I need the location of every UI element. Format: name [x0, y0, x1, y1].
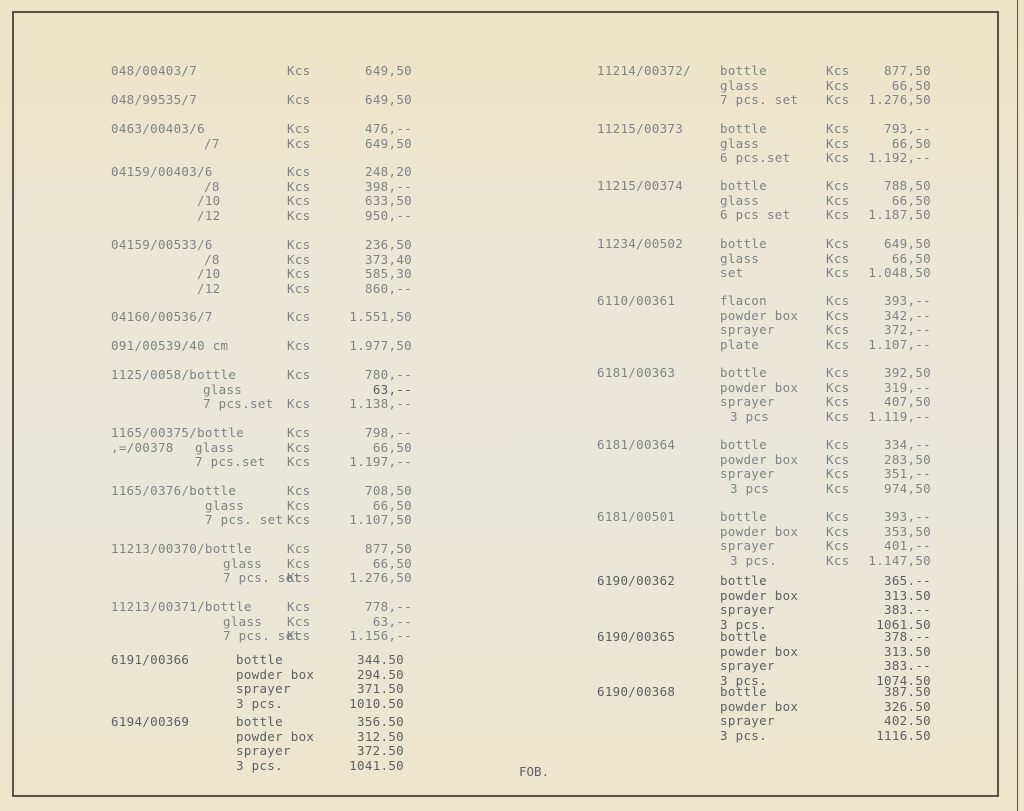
currency-label: Kcs: [826, 438, 849, 453]
item-label: flacon: [720, 294, 767, 309]
price-value: 1.147,50: [868, 554, 931, 569]
price-row: 3 pcs.1116.50: [0, 729, 1024, 744]
price-value: 1.048,50: [868, 266, 931, 281]
item-label: glass: [720, 194, 759, 209]
currency-label: Kcs: [826, 554, 849, 569]
currency-label: Kcs: [826, 539, 849, 554]
price-value: 365.--: [884, 574, 931, 589]
article-code: 6190/00362: [597, 574, 675, 589]
item-label: sprayer: [720, 323, 775, 338]
article-code: 6190/00365: [597, 630, 675, 645]
currency-label: Kcs: [826, 338, 849, 353]
price-row: sprayerKcs407,50: [0, 395, 1024, 410]
right-entry: 11215/00373bottleKcs793,--glassKcs66,506…: [0, 122, 1024, 166]
price-value: 1.107,--: [868, 338, 931, 353]
currency-label: Kcs: [287, 165, 310, 180]
price-row: powder boxKcs342,--: [0, 309, 1024, 324]
item-label: bottle: [720, 179, 767, 194]
price-row: 6181/00363bottleKcs392,50: [0, 366, 1024, 381]
right-entry: 6181/00364bottleKcs334,--powder boxKcs28…: [0, 438, 1024, 496]
price-row: glassKcs66,50: [0, 79, 1024, 94]
item-label: powder box: [720, 453, 798, 468]
article-code: 6110/00361: [597, 294, 675, 309]
price-row: sprayerKcs351,--: [0, 467, 1024, 482]
currency-label: Kcs: [826, 482, 849, 497]
price-row: sprayerKcs372,--: [0, 323, 1024, 338]
price-value: 342,--: [884, 309, 931, 324]
currency-label: Kcs: [826, 410, 849, 425]
price-value: 1.276,50: [868, 93, 931, 108]
price-value: 402.50: [884, 714, 931, 729]
article-code: 6181/00501: [597, 510, 675, 525]
currency-label: Kcs: [826, 179, 849, 194]
right-entry: 6181/00363bottleKcs392,50powder boxKcs31…: [0, 366, 1024, 424]
article-code: 11215/00374: [597, 179, 683, 194]
price-value: 1.119,--: [868, 410, 931, 425]
price-value: 248,20: [365, 165, 412, 180]
currency-label: Kcs: [826, 381, 849, 396]
item-label: 3 pcs.: [720, 729, 767, 744]
currency-label: Kcs: [826, 395, 849, 410]
item-label: glass: [720, 252, 759, 267]
price-row: 6190/00362bottle365.--: [0, 574, 1024, 589]
price-row: 6 pcs setKcs1.187,50: [0, 208, 1024, 223]
article-code: 6181/00363: [597, 366, 675, 381]
price-row: 6181/00501bottleKcs393,--: [0, 510, 1024, 525]
currency-label: Kcs: [826, 64, 849, 79]
item-label: sprayer: [720, 714, 775, 729]
currency-label: Kcs: [826, 453, 849, 468]
price-row: 6190/00368bottle387.50: [0, 685, 1024, 700]
item-label: 3 pcs: [730, 482, 769, 497]
item-label: bottle: [720, 122, 767, 137]
price-value: 1041.50: [349, 759, 404, 774]
price-value: 353,50: [884, 525, 931, 540]
price-row: glassKcs66,50: [0, 137, 1024, 152]
currency-label: Kcs: [826, 309, 849, 324]
item-label: sprayer: [720, 659, 775, 674]
item-label: powder box: [720, 525, 798, 540]
price-row: powder box326.50: [0, 700, 1024, 715]
price-value: 326.50: [884, 700, 931, 715]
item-label: sprayer: [720, 467, 775, 482]
item-label: sprayer: [236, 744, 291, 759]
price-value: 66,50: [892, 137, 931, 152]
price-value: 383.--: [884, 659, 931, 674]
item-label: sprayer: [720, 539, 775, 554]
price-value: 378.--: [884, 630, 931, 645]
price-value: 387.50: [884, 685, 931, 700]
price-value: 313.50: [884, 645, 931, 660]
item-label: set: [720, 266, 743, 281]
right-entry: 6181/00501bottleKcs393,--powder boxKcs35…: [0, 510, 1024, 568]
currency-label: Kcs: [826, 137, 849, 152]
item-label: powder box: [720, 309, 798, 324]
item-label: 6 pcs set: [720, 208, 790, 223]
footer-note-fob: FOB.: [519, 764, 549, 779]
price-row: powder box313.50: [0, 645, 1024, 660]
price-value: 372,--: [884, 323, 931, 338]
item-label: glass: [720, 137, 759, 152]
price-value: 372.50: [357, 744, 404, 759]
currency-label: Kcs: [826, 366, 849, 381]
currency-label: Kcs: [826, 208, 849, 223]
price-row: sprayer372.50: [0, 744, 1024, 759]
price-row: powder box313.50: [0, 589, 1024, 604]
price-row: 3 pcs.Kcs1.147,50: [0, 554, 1024, 569]
price-row: 6181/00364bottleKcs334,--: [0, 438, 1024, 453]
price-row: powder boxKcs283,50: [0, 453, 1024, 468]
item-label: 3 pcs: [730, 410, 769, 425]
price-row: sprayerKcs401,--: [0, 539, 1024, 554]
currency-label: Kcs: [826, 79, 849, 94]
price-row: 7 pcs. setKcs1.276,50: [0, 93, 1024, 108]
currency-label: Kcs: [826, 294, 849, 309]
price-value: 974,50: [884, 482, 931, 497]
price-value: 66,50: [892, 194, 931, 209]
price-row: 11214/00372/bottleKcs877,50: [0, 64, 1024, 79]
item-label: bottle: [720, 438, 767, 453]
item-label: sprayer: [720, 603, 775, 618]
item-label: bottle: [720, 366, 767, 381]
right-entry: 6190/00365bottle378.--powder box313.50sp…: [0, 630, 1024, 688]
price-row: 04159/00403/6Kcs248,20: [0, 165, 1024, 180]
article-code: 6190/00368: [597, 685, 675, 700]
currency-label: Kcs: [826, 237, 849, 252]
item-label: bottle: [720, 685, 767, 700]
right-entry: 6190/00368bottle387.50powder box326.50sp…: [0, 685, 1024, 743]
price-value: 401,--: [884, 539, 931, 554]
price-value: 793,--: [884, 122, 931, 137]
price-value: 392,50: [884, 366, 931, 381]
article-code: 04159/00403/6: [111, 165, 213, 180]
right-entry: 6190/00362bottle365.--powder box313.50sp…: [0, 574, 1024, 632]
currency-label: Kcs: [826, 151, 849, 166]
price-value: 351,--: [884, 467, 931, 482]
price-value: 788,50: [884, 179, 931, 194]
price-row: sprayer383.--: [0, 603, 1024, 618]
price-row: 6 pcs.setKcs1.192,--: [0, 151, 1024, 166]
item-label: sprayer: [720, 395, 775, 410]
item-label: 7 pcs. set: [720, 93, 798, 108]
price-value: 877,50: [884, 64, 931, 79]
item-label: powder box: [720, 700, 798, 715]
price-value: 1.192,--: [868, 151, 931, 166]
currency-label: Kcs: [826, 467, 849, 482]
price-value: 393,--: [884, 294, 931, 309]
price-value: 319,--: [884, 381, 931, 396]
item-label: 3 pcs.: [730, 554, 777, 569]
article-code: 11214/00372/: [597, 64, 691, 79]
price-row: 11215/00374bottleKcs788,50: [0, 179, 1024, 194]
price-value: 66,50: [892, 79, 931, 94]
price-row: glassKcs66,50: [0, 194, 1024, 209]
price-row: sprayer383.--: [0, 659, 1024, 674]
price-value: 649,50: [884, 237, 931, 252]
price-row: 6190/00365bottle378.--: [0, 630, 1024, 645]
currency-label: Kcs: [826, 93, 849, 108]
price-row: 3 pcsKcs974,50: [0, 482, 1024, 497]
price-value: 66,50: [892, 252, 931, 267]
item-label: bottle: [720, 64, 767, 79]
currency-label: Kcs: [826, 525, 849, 540]
price-row: 3 pcs.1041.50: [0, 759, 1024, 774]
price-row: 3 pcsKcs1.119,--: [0, 410, 1024, 425]
right-entry: 11215/00374bottleKcs788,50glassKcs66,506…: [0, 179, 1024, 223]
price-row: setKcs1.048,50: [0, 266, 1024, 281]
currency-label: Kcs: [826, 122, 849, 137]
price-row: glassKcs66,50: [0, 252, 1024, 267]
currency-label: Kcs: [826, 323, 849, 338]
article-code: 11234/00502: [597, 237, 683, 252]
price-value: 334,--: [884, 438, 931, 453]
item-label: 6 pcs.set: [720, 151, 790, 166]
item-label: glass: [720, 79, 759, 94]
price-row: 11234/00502bottleKcs649,50: [0, 237, 1024, 252]
price-row: powder boxKcs319,--: [0, 381, 1024, 396]
item-label: plate: [720, 338, 759, 353]
price-value: 1116.50: [876, 729, 931, 744]
price-value: 407,50: [884, 395, 931, 410]
right-entry: 11214/00372/bottleKcs877,50glassKcs66,50…: [0, 64, 1024, 108]
item-label: bottle: [720, 510, 767, 525]
price-value: 393,--: [884, 510, 931, 525]
item-label: bottle: [720, 630, 767, 645]
currency-label: Kcs: [826, 194, 849, 209]
price-value: 283,50: [884, 453, 931, 468]
article-code: 11215/00373: [597, 122, 683, 137]
right-entry: 11234/00502bottleKcs649,50glassKcs66,50s…: [0, 237, 1024, 281]
item-label: powder box: [720, 589, 798, 604]
item-label: bottle: [720, 237, 767, 252]
price-value: 313.50: [884, 589, 931, 604]
price-row: plateKcs1.107,--: [0, 338, 1024, 353]
right-entry: 6110/00361flaconKcs393,--powder boxKcs34…: [0, 294, 1024, 352]
currency-label: Kcs: [826, 510, 849, 525]
item-label: bottle: [720, 574, 767, 589]
article-code: 6181/00364: [597, 438, 675, 453]
item-label: powder box: [720, 381, 798, 396]
price-row: 6110/00361flaconKcs393,--: [0, 294, 1024, 309]
price-value: 1.187,50: [868, 208, 931, 223]
price-value: 383.--: [884, 603, 931, 618]
price-row: sprayer402.50: [0, 714, 1024, 729]
price-row: powder boxKcs353,50: [0, 525, 1024, 540]
item-label: powder box: [720, 645, 798, 660]
price-row: 11215/00373bottleKcs793,--: [0, 122, 1024, 137]
item-label: 3 pcs.: [236, 759, 283, 774]
currency-label: Kcs: [826, 266, 849, 281]
currency-label: Kcs: [826, 252, 849, 267]
